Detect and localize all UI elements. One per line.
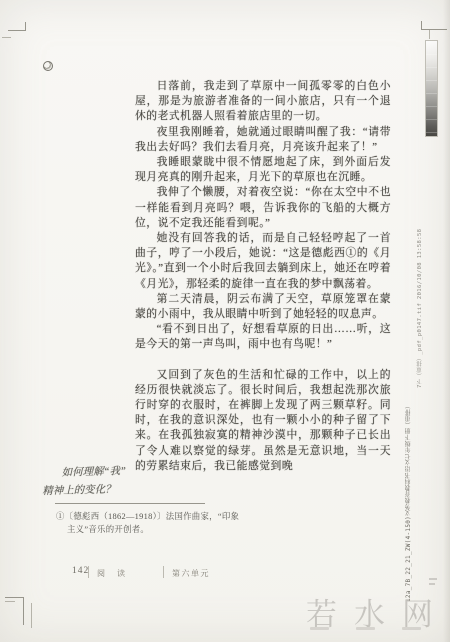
margin-note-line: 精神上的变化？ xyxy=(42,480,138,500)
footnote-divider xyxy=(55,503,205,504)
story-paragraph: 又回到了灰色的生活和忙碌的工作中，以上的经历很快就淡忘了。很长时间后，我想起洗那… xyxy=(135,368,391,474)
crop-mark-bottom-left-h2 xyxy=(5,601,15,602)
crop-mark-top-right-v2 xyxy=(429,30,430,39)
page-edge-shadow xyxy=(443,0,450,642)
footer-divider xyxy=(88,566,89,578)
margin-study-note: 如何理解“我” 精神上的变化？ xyxy=(42,463,139,501)
page-footer: 142 阅 读 第六单元 xyxy=(0,565,450,581)
production-mark-right: 7下（重排）_pdf_p0147.tif 2016/10/08 13:58:58 xyxy=(416,248,424,388)
crop-mark-bottom-left-v xyxy=(23,597,24,625)
story-paragraph: 我睡眼蒙眬中很不情愿地起了床，到外面后发现月亮真的刚升起来，月光下的草原也在沉睡… xyxy=(135,155,391,185)
story-paragraph: 第二天清晨，阴云布满了天空，草原笼罩在蒙蒙的小雨中，我从眼睛中听到了她轻轻的叹息… xyxy=(135,292,391,322)
crop-mark-top-left-h2 xyxy=(2,37,11,38)
crop-mark-bottom-left-v2 xyxy=(31,603,32,628)
story-paragraph: 日落前，我走到了草原中一间孤零零的白色小屋，那是为旅游者准备的一间小旅店，只有一… xyxy=(135,79,391,125)
footer-divider xyxy=(163,566,164,578)
story-paragraph: 我伸了个懒腰，对着夜空说：“你在太空中不也一样能看到月亮吗？喂，告诉我你的飞船的… xyxy=(135,185,391,231)
crop-mark-top-left-v xyxy=(25,22,26,31)
circle-mark-icon xyxy=(43,61,53,71)
watermark-subtext-marks xyxy=(310,627,421,630)
footnote-line: 主义”音乐的开创者。 xyxy=(56,524,261,537)
margin-note-line: 如何理解“我” xyxy=(42,463,138,483)
footnote-line: ①〔德彪西（1862—1918）〕法国作曲家，“印象 xyxy=(56,511,261,524)
crop-mark-bottom-left-h xyxy=(5,597,24,598)
watermark-tick-mark xyxy=(429,583,435,585)
scanned-page: { "content": { "paragraphs": [ "日落前，我走到了… xyxy=(0,0,450,642)
footnote: ①〔德彪西（1862—1918）〕法国作曲家，“印象 主义”音乐的开创者。 xyxy=(56,511,261,536)
crop-mark-top-left-h xyxy=(8,30,26,31)
footer-section-label: 阅 读 xyxy=(97,568,130,579)
grayscale-calibration-strip xyxy=(425,40,438,137)
story-paragraph: 夜里我刚睡着，她就通过眼睛叫醒了我：“请带我出去好吗？我们去看月亮，月亮该升起来… xyxy=(135,125,391,155)
story-text-column: 日落前，我走到了草原中一间孤零零的白色小屋，那是为旅游者准备的一间小旅店，只有一… xyxy=(135,79,391,474)
watermark-tick-mark xyxy=(429,578,437,580)
footer-unit-label: 第六单元 xyxy=(172,568,210,579)
story-paragraph: “看不到日出了，好想看草原的日出……听，这是今天的第一声鸟叫，雨中也有鸟呢！” xyxy=(135,322,391,352)
story-paragraph: 她没有回答我的话，而是自己轻轻哼起了一首曲子，哼了一小段后，她说：“这是德彪西①… xyxy=(135,231,391,292)
page-number: 142 xyxy=(72,566,89,576)
production-mark-bottom-right: 12a_7B_22_21_ZW(4-150)义务教育教科书语文七年级下册（重排） xyxy=(404,424,413,602)
section-break-gap xyxy=(135,353,391,368)
